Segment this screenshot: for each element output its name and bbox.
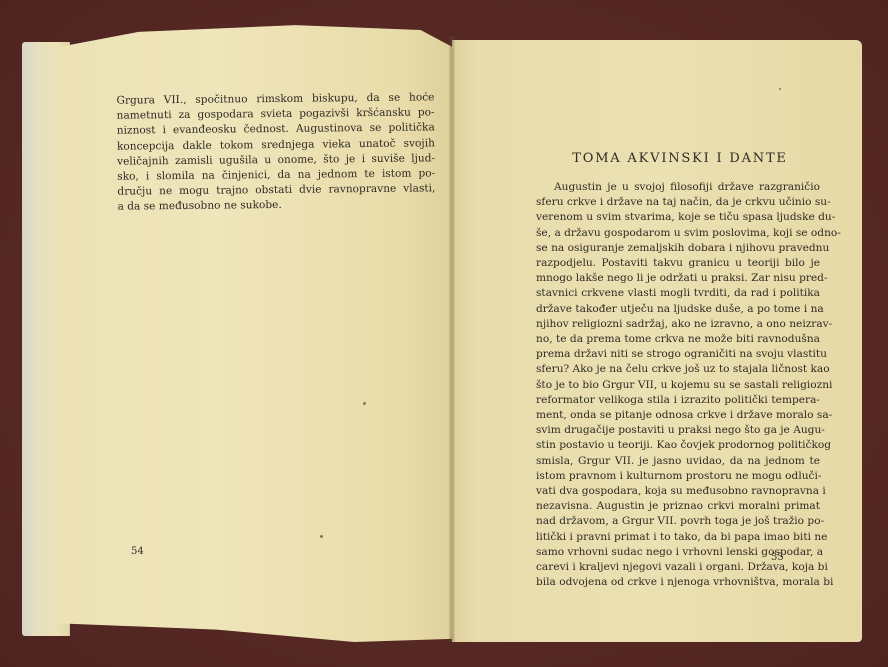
text-line: vati dva gospodara, koja su međusobno ra… bbox=[536, 484, 820, 499]
text-line: sferu crkve i države na taj način, da je… bbox=[536, 195, 820, 210]
paper-speck bbox=[779, 88, 781, 90]
paper-speck bbox=[363, 402, 366, 405]
text-line: svim drugačije postaviti u praksi nego š… bbox=[536, 423, 820, 438]
text-line: bila odvojena od crkve i njenoga vrhovni… bbox=[536, 575, 820, 590]
left-page-text: Grgura VII., spočitnuo rimskom biskupu, … bbox=[116, 90, 435, 215]
text-line: stavnici crkvene vlasti mogli tvrditi, d… bbox=[536, 286, 820, 301]
text-line: države također utječu na ljudske duše, a… bbox=[536, 302, 820, 317]
text-line: smisla, Grgur VII. je jasno uvidao, da n… bbox=[536, 454, 820, 469]
text-line: še, a državu gospodarom u svim poslovima… bbox=[536, 226, 820, 241]
text-line: Augustin je u svojoj filosofiji države r… bbox=[536, 180, 820, 195]
chapter-title: TOMA AKVINSKI I DANTE bbox=[530, 151, 830, 166]
text-line: verenom u svim stvarima, koje se tiču sp… bbox=[536, 210, 820, 225]
right-page-text: Augustin je u svojoj filosofiji države r… bbox=[536, 180, 820, 590]
text-line: njihov religiozni sadržaj, ako ne izravn… bbox=[536, 317, 820, 332]
text-line: nezavisna. Augustin je priznao crkvi mor… bbox=[536, 499, 820, 514]
text-line: sferu? Ako je na čelu crkve još uz to st… bbox=[536, 362, 820, 377]
book-gutter bbox=[449, 36, 455, 642]
paper-speck bbox=[320, 535, 323, 538]
text-line: istom pravnom i kulturnom prostoru ne mo… bbox=[536, 469, 820, 484]
text-line: litički i pravni primat i to tako, da bi… bbox=[536, 530, 820, 545]
text-line: no, te da prema tome crkva ne može biti … bbox=[536, 332, 820, 347]
open-book: Grgura VII., spočitnuo rimskom biskupu, … bbox=[0, 0, 888, 667]
text-line: reformator velikoga stila i izrazito pol… bbox=[536, 393, 820, 408]
text-line: prema državi niti se strogo ograničiti n… bbox=[536, 347, 820, 362]
text-line: ment, onda se pitanje odnosa crkve i drž… bbox=[536, 408, 820, 423]
text-line: mnogo lakše nego li je održati u praksi.… bbox=[536, 271, 820, 286]
text-line: nad državom, a Grgur VII. povrh toga je … bbox=[536, 514, 820, 529]
page-number-left: 54 bbox=[131, 546, 144, 557]
text-line: se na osiguranje zemaljskih dobara i nji… bbox=[536, 241, 820, 256]
text-line: stin postavio u teoriji. Kao čovjek prod… bbox=[536, 438, 820, 453]
page-number-right: 55 bbox=[771, 552, 784, 563]
text-line: razpodjelu. Postaviti takvu granicu u te… bbox=[536, 256, 820, 271]
text-line: što je to bio Grgur VII, u kojemu su se … bbox=[536, 378, 820, 393]
